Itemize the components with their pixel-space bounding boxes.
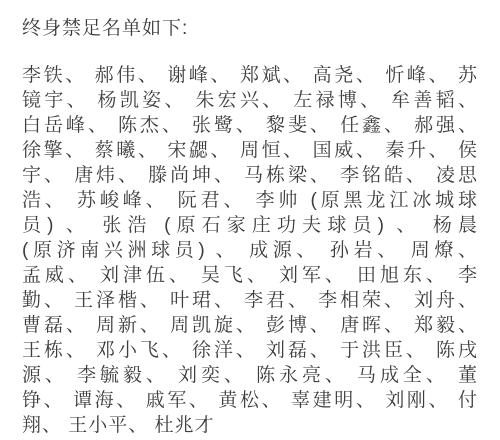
ban-list-line: 铮、 谭海、 戚军、 黄松、 辜建明、 刘刚、 付	[22, 388, 478, 413]
screenshot-root: { "colors": { "background": "#ffffff", "…	[0, 0, 500, 440]
ban-list-line: (原济南兴洲球员) 、 成源、 孙岩、 周燎、	[22, 238, 478, 263]
ban-list-line: 王栋、 邓小飞、 徐洋、 刘磊、 于洪臣、 陈戌	[22, 338, 478, 363]
ban-list-line: 翔、 王小平、 杜兆才	[22, 413, 478, 438]
ban-list-line: 浩、 苏峻峰、 阮君、 李帅 (原黑龙江冰城球	[22, 188, 478, 213]
ban-list-line: 勤、 王泽楷、 叶珺、 李君、 李相荣、 刘舟、	[22, 288, 478, 313]
ban-list-line: 李铁、 郝伟、 谢峰、 郑斌、 高尧、 忻峰、 苏	[22, 63, 478, 88]
ban-list-line: 徐擎、 蔡曦、 宋勰、 周恒、 国威、 秦升、 侯	[22, 138, 478, 163]
ban-list-line: 宇、 唐炜、 滕尚坤、 马栋梁、 李铭皓、 凌思	[22, 163, 478, 188]
ban-list-line: 白岳峰、 陈杰、 张鹭、 黎斐、 任鑫、 郝强、	[22, 113, 478, 138]
ban-list-line: 员) 、 张浩 (原石家庄功夫球员) 、 杨晨	[22, 213, 478, 238]
article-page: 终身禁足名单如下: 李铁、 郝伟、 谢峰、 郑斌、 高尧、 忻峰、 苏镜宇、 杨…	[0, 0, 500, 440]
ban-list-paragraph: 李铁、 郝伟、 谢峰、 郑斌、 高尧、 忻峰、 苏镜宇、 杨凯姿、 朱宏兴、 左…	[22, 63, 478, 438]
ban-list-line: 曹磊、 周新、 周凯旋、 彭博、 唐晖、 郑毅、	[22, 313, 478, 338]
page-title: 终身禁足名单如下:	[22, 16, 478, 42]
ban-list-line: 孟威、 刘津伍、 吴飞、 刘军、 田旭东、 李	[22, 263, 478, 288]
ban-list-line: 源、 李毓毅、 刘奕、 陈永亮、 马成全、 董	[22, 363, 478, 388]
ban-list-line: 镜宇、 杨凯姿、 朱宏兴、 左禄博、 牟善韬、	[22, 88, 478, 113]
